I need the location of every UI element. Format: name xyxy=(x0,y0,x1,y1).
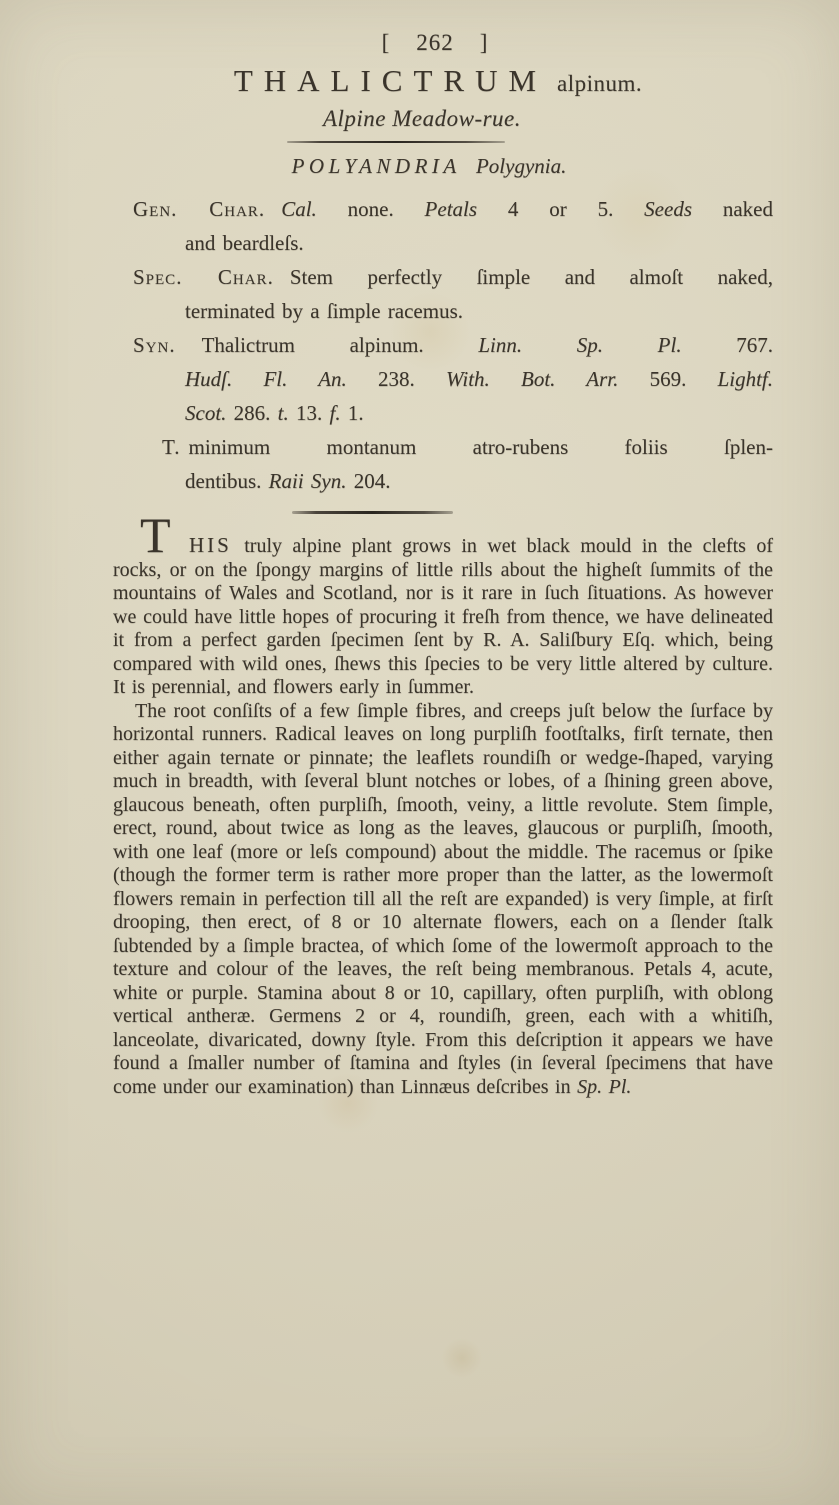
title-line: THALICTRUM alpinum. xyxy=(113,63,773,99)
paragraph-lead-caps: HIS xyxy=(189,533,232,557)
gen-char-entry: Gen. Char.Cal. none. Petals 4 or 5. Seed… xyxy=(133,192,773,260)
common-name: Alpine Meadow-rue. xyxy=(113,106,773,132)
gen-char-line-1: Gen. Char.Cal. none. Petals 4 or 5. Seed… xyxy=(133,192,773,226)
body-paragraph-1: THIS truly alpine plant grows in wet bla… xyxy=(113,534,773,700)
separator-rule-mid xyxy=(292,511,453,514)
spec-char-entry: Spec. Char.Stem perfectly ſimple and alm… xyxy=(133,260,773,328)
bracket-left: [ xyxy=(382,30,391,55)
gen-char-line-2: and beardleſs. xyxy=(133,226,773,260)
bracket-right: ] xyxy=(480,30,489,55)
synonym-line-3: Scot. 286. t. 13. f. 1. xyxy=(133,396,773,430)
synonym-line-2: Hudſ. Fl. An. 238. With. Bot. Arr. 569. … xyxy=(133,362,773,396)
gen-char-label: Gen. Char. xyxy=(133,197,265,221)
text-block: [262] THALICTRUM alpinum. Alpine Meadow-… xyxy=(113,0,773,1099)
character-entries: Gen. Char.Cal. none. Petals 4 or 5. Seed… xyxy=(113,192,773,498)
paragraph-2-citation: Sp. Pl. xyxy=(577,1076,631,1098)
synonym-entry: Syn.Thalictrum alpinum. Linn. Sp. Pl. 76… xyxy=(133,328,773,430)
body-paragraph-2: The root conſiſts of a few ſimple fibres… xyxy=(113,700,773,1100)
synonym-label: Syn. xyxy=(133,333,176,357)
separator-rule-top xyxy=(287,141,505,143)
page-number-header: [262] xyxy=(113,30,773,56)
page-number: 262 xyxy=(416,30,454,55)
spec-char-line-2: terminated by a ſimple racemus. xyxy=(133,294,773,328)
spec-char-label: Spec. Char. xyxy=(133,265,274,289)
classification-line: POLYANDRIA Polygynia. xyxy=(113,154,773,179)
synonym-ray-line-1: T.minimum montanum atro-rubens foliis ſp… xyxy=(133,430,773,464)
order-name: Polygynia. xyxy=(476,154,566,178)
raised-initial: T xyxy=(140,510,171,560)
synonym-ray-entry: T.minimum montanum atro-rubens foliis ſp… xyxy=(133,430,773,498)
paragraph-2-text: The root conſiſts of a few ſimple fibres… xyxy=(113,700,773,1098)
synonym-line-1: Syn.Thalictrum alpinum. Linn. Sp. Pl. 76… xyxy=(133,328,773,362)
synonym-ray-label: T. xyxy=(162,435,181,459)
species-title: alpinum. xyxy=(557,71,642,96)
paragraph-1-text: truly alpine plant grows in wet black mo… xyxy=(113,535,773,698)
genus-title: THALICTRUM xyxy=(234,63,547,98)
synonym-ray-line-2: dentibus. Raii Syn. 204. xyxy=(133,464,773,498)
spec-char-line-1: Spec. Char.Stem perfectly ſimple and alm… xyxy=(133,260,773,294)
class-name: POLYANDRIA xyxy=(292,154,461,178)
body-text: THIS truly alpine plant grows in wet bla… xyxy=(113,534,773,1099)
book-page-scan: [262] THALICTRUM alpinum. Alpine Meadow-… xyxy=(0,0,839,1505)
